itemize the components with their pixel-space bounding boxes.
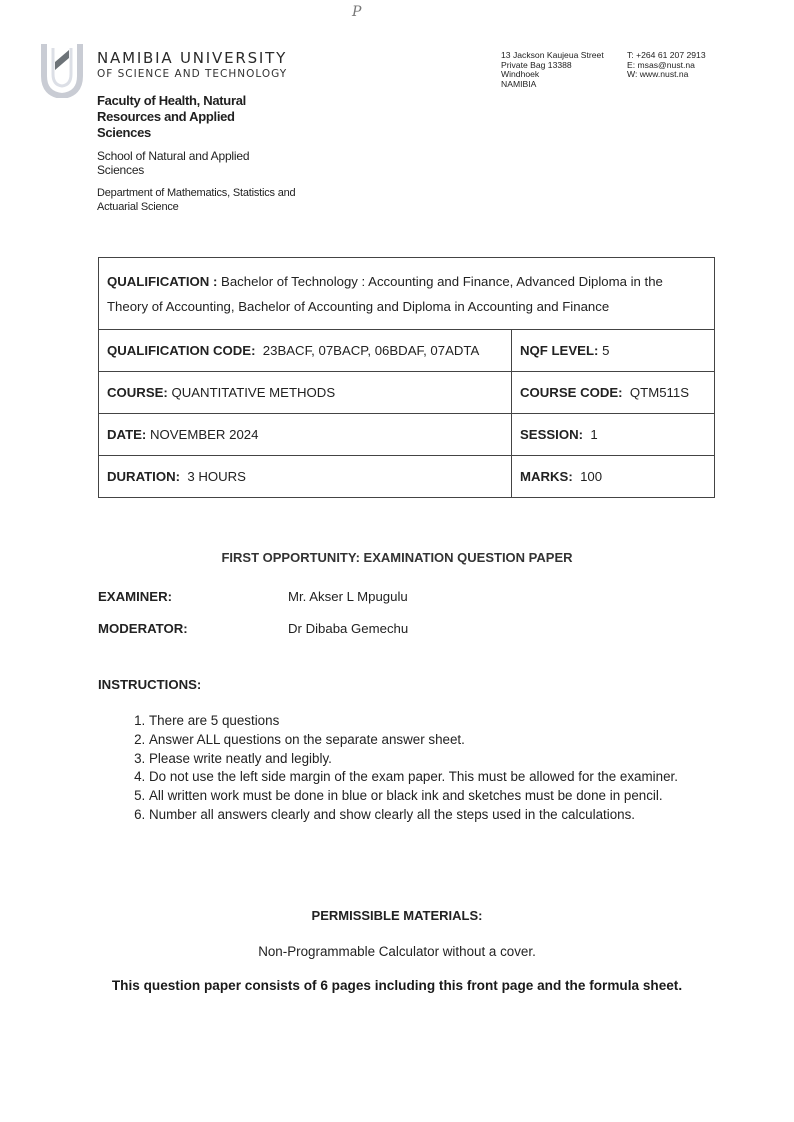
department-name: Department of Mathematics, Statistics an… [97, 187, 297, 214]
page-count-note: This question paper consists of 6 pages … [0, 978, 794, 993]
permissible-materials-heading: PERMISSIBLE MATERIALS: [0, 908, 794, 923]
field-label: SESSION: [520, 427, 583, 442]
permissible-materials-value: Non-Programmable Calculator without a co… [0, 944, 794, 959]
field-value: 23BACF, 07BACP, 06BDAF, 07ADTA [263, 343, 479, 358]
university-name: NAMIBIA UNIVERSITY [97, 49, 287, 67]
field-label: MARKS: [520, 469, 573, 484]
field-label: NQF LEVEL: [520, 343, 598, 358]
field-label: COURSE CODE: [520, 385, 623, 400]
contact-details: T: +264 61 207 2913 E: msas@nust.na W: w… [627, 51, 706, 80]
table-row: QUALIFICATION CODE: 23BACF, 07BACP, 06BD… [99, 330, 715, 372]
examiner-label: EXAMINER: [98, 589, 172, 604]
session-cell: SESSION: 1 [512, 414, 715, 456]
table-row: DATE: NOVEMBER 2024 SESSION: 1 [99, 414, 715, 456]
list-item: Please write neatly and legibly. [149, 750, 719, 769]
website: W: www.nust.na [627, 70, 706, 80]
field-value: 1 [590, 427, 597, 442]
school-name: School of Natural and Applied Sciences [97, 150, 287, 177]
list-item: There are 5 questions [149, 712, 719, 731]
postal-address: 13 Jackson Kaujeua Street Private Bag 13… [501, 51, 604, 89]
exam-info-table: QUALIFICATION : Bachelor of Technology :… [98, 257, 715, 498]
field-label: QUALIFICATION CODE: [107, 343, 255, 358]
field-value: 100 [580, 469, 602, 484]
qualification-code-cell: QUALIFICATION CODE: 23BACF, 07BACP, 06BD… [99, 330, 512, 372]
field-value: 3 HOURS [187, 469, 246, 484]
field-value: QTM511S [630, 385, 689, 400]
list-item: Number all answers clearly and show clea… [149, 806, 719, 825]
qualification-label: QUALIFICATION : [107, 274, 217, 289]
course-cell: COURSE: QUANTITATIVE METHODS [99, 372, 512, 414]
field-value: QUANTITATIVE METHODS [171, 385, 335, 400]
field-label: DATE: [107, 427, 146, 442]
field-value: 5 [602, 343, 609, 358]
table-row: DURATION: 3 HOURS MARKS: 100 [99, 456, 715, 498]
duration-cell: DURATION: 3 HOURS [99, 456, 512, 498]
field-value: NOVEMBER 2024 [150, 427, 258, 442]
list-item: Answer ALL questions on the separate ans… [149, 731, 719, 750]
qualification-cell: QUALIFICATION : Bachelor of Technology :… [99, 258, 715, 330]
nqf-level-cell: NQF LEVEL: 5 [512, 330, 715, 372]
instructions-heading: INSTRUCTIONS: [98, 677, 201, 692]
qualification-row: QUALIFICATION : Bachelor of Technology :… [99, 258, 715, 330]
address-line: NAMIBIA [501, 80, 604, 90]
instructions-list: There are 5 questions Answer ALL questio… [128, 712, 719, 825]
table-row: COURSE: QUANTITATIVE METHODS COURSE CODE… [99, 372, 715, 414]
list-item: All written work must be done in blue or… [149, 787, 719, 806]
date-cell: DATE: NOVEMBER 2024 [99, 414, 512, 456]
list-item: Do not use the left side margin of the e… [149, 768, 719, 787]
examiner-name: Mr. Akser L Mpugulu [288, 589, 408, 604]
course-code-cell: COURSE CODE: QTM511S [512, 372, 715, 414]
university-subtitle: OF SCIENCE AND TECHNOLOGY [97, 68, 287, 80]
moderator-label: MODERATOR: [98, 621, 188, 636]
exam-title: FIRST OPPORTUNITY: EXAMINATION QUESTION … [0, 550, 794, 565]
university-shield-logo-icon [40, 40, 84, 98]
marks-cell: MARKS: 100 [512, 456, 715, 498]
faculty-name: Faculty of Health, Natural Resources and… [97, 93, 277, 141]
handwritten-page-mark: P [352, 4, 361, 20]
moderator-name: Dr Dibaba Gemechu [288, 621, 408, 636]
field-label: DURATION: [107, 469, 180, 484]
field-label: COURSE: [107, 385, 168, 400]
